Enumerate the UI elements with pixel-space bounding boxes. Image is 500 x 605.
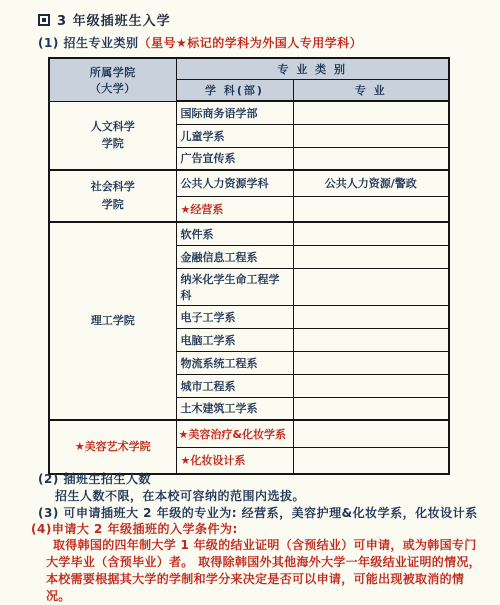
department-cell: 电脑工学系 [176, 328, 293, 351]
department-cell: ★经营系 [176, 196, 293, 222]
section2-body: 招生人数不限，在本校可容纳的范围内选拔。 [55, 487, 305, 504]
department-cell: 金融信息工程系 [176, 245, 293, 268]
header-category: 专 业 类 别 [176, 58, 449, 80]
department-cell: 物流系统工程系 [176, 351, 293, 374]
section3-label: (3) 可申请插班大 2 年级的专业为: 经营系，美容护理&化妆学系，化妆设计系 [38, 504, 478, 521]
department-cell: 软件系 [176, 222, 293, 245]
admission-majors-table: 所属学院 （大学） 专 业 类 别 学 科(部) 专 业 人文科学 学院国际商务… [48, 57, 450, 475]
section1-heading: (1) 招生专业类别（星号★标记的学科为外国人专用学科） [38, 34, 362, 51]
department-cell: 公共人力资源学科 [176, 170, 293, 196]
major-cell: 公共人力资源/警政 [293, 170, 449, 196]
major-cell [293, 374, 449, 397]
section1-label: (1) 招生专业类别 [38, 36, 139, 50]
department-cell: 土木建筑工学系 [176, 397, 293, 420]
college-cell: ★美容艺术学院 [49, 420, 176, 474]
major-cell [293, 447, 449, 474]
department-cell: 儿童学系 [176, 124, 293, 147]
college-cell: 人文科学 学院 [49, 101, 176, 170]
major-cell [293, 305, 449, 328]
department-cell: 国际商务语学部 [176, 101, 293, 124]
major-cell [293, 147, 449, 170]
page-title: 3 年级插班生入学 [38, 10, 171, 29]
section4-body: 取得韩国的四年制大学 1 年级的结业证明（含预结业）可申请，或为韩国专门大学毕业… [46, 537, 486, 605]
major-cell [293, 397, 449, 420]
page-title-text: 3 年级插班生入学 [57, 10, 171, 29]
header-major: 专 业 [293, 80, 449, 102]
department-cell: 广告宣传系 [176, 147, 293, 170]
major-cell [293, 420, 449, 447]
department-cell: 城市工程系 [176, 374, 293, 397]
department-cell: 电子工学系 [176, 305, 293, 328]
major-cell [293, 222, 449, 245]
department-cell: 纳米化学生命工程学科 [176, 268, 293, 305]
major-cell [293, 328, 449, 351]
section-marker-icon [38, 14, 50, 26]
major-cell [293, 124, 449, 147]
college-cell: 理工学院 [49, 222, 176, 420]
major-cell [293, 101, 449, 124]
section2-label: (2) 插班生招生人数 [38, 470, 151, 487]
header-dept: 学 科(部) [176, 80, 293, 102]
section1-red-note: （星号★标记的学科为外国人专用学科） [139, 36, 363, 50]
department-cell: ★化妆设计系 [176, 447, 293, 474]
document-page: { "colors": { "accent_red": "#c0281e", "… [0, 0, 500, 603]
major-cell [293, 351, 449, 374]
college-cell: 社会科学 学院 [49, 170, 176, 222]
major-cell [293, 196, 449, 222]
header-college: 所属学院 （大学） [49, 58, 176, 101]
department-cell: ★美容治疗&化妆学系 [176, 420, 293, 447]
section4-label: (4)申请大 2 年级插班的入学条件为: [31, 520, 238, 537]
major-cell [293, 268, 449, 305]
major-cell [293, 245, 449, 268]
